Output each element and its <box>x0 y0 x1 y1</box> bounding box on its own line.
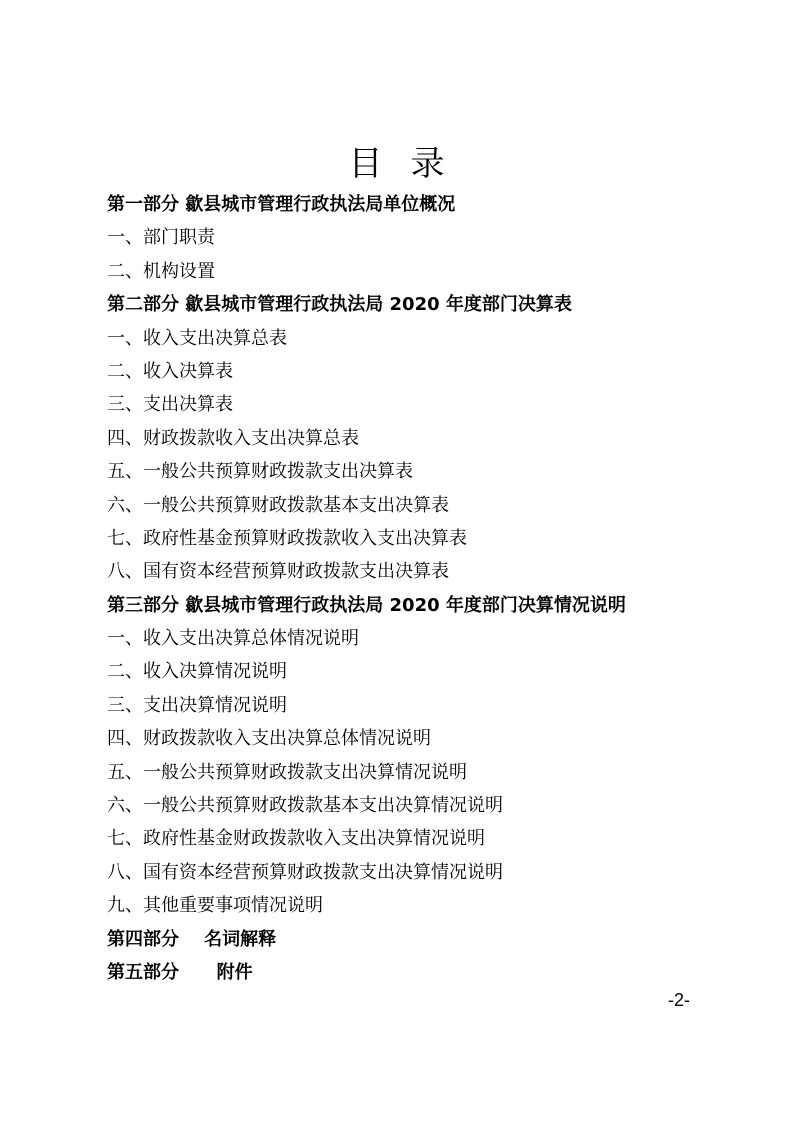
toc-item: 九、其他重要事项情况说明 <box>107 889 727 922</box>
toc-item: 六、一般公共预算财政拨款基本支出决算情况说明 <box>107 789 727 822</box>
toc-item: 一、收入支出决算总表 <box>107 322 727 355</box>
toc-part-2: 第二部分 歙县城市管理行政执法局 2020 年度部门决算表 <box>107 288 727 321</box>
toc-part-4: 第四部分 名词解释 <box>107 923 727 956</box>
toc-item: 四、财政拨款收入支出决算总表 <box>107 422 727 455</box>
toc-part-1: 第一部分 歙县城市管理行政执法局单位概况 <box>107 188 727 221</box>
table-of-contents: 第一部分 歙县城市管理行政执法局单位概况 一、部门职责 二、机构设置 第二部分 … <box>107 188 727 989</box>
toc-item: 一、部门职责 <box>107 221 727 254</box>
toc-item: 二、机构设置 <box>107 255 727 288</box>
toc-item: 二、收入决算情况说明 <box>107 655 727 688</box>
toc-part-5: 第五部分 附件 <box>107 956 727 989</box>
toc-item: 六、一般公共预算财政拨款基本支出决算表 <box>107 489 727 522</box>
toc-item: 八、国有资本经营预算财政拨款支出决算情况说明 <box>107 856 727 889</box>
toc-item: 七、政府性基金预算财政拨款收入支出决算表 <box>107 522 727 555</box>
toc-item: 五、一般公共预算财政拨款支出决算情况说明 <box>107 756 727 789</box>
toc-item: 四、财政拨款收入支出决算总体情况说明 <box>107 722 727 755</box>
toc-item: 三、支出决算表 <box>107 388 727 421</box>
toc-part-3: 第三部分 歙县城市管理行政执法局 2020 年度部门决算情况说明 <box>107 589 727 622</box>
toc-item: 二、收入决算表 <box>107 355 727 388</box>
toc-item: 八、国有资本经营预算财政拨款支出决算表 <box>107 555 727 588</box>
page-number: -2- <box>668 990 690 1011</box>
page-title: 目录 <box>0 142 793 186</box>
toc-item: 一、收入支出决算总体情况说明 <box>107 622 727 655</box>
toc-item: 五、一般公共预算财政拨款支出决算表 <box>107 455 727 488</box>
toc-item: 七、政府性基金财政拨款收入支出决算情况说明 <box>107 822 727 855</box>
toc-item: 三、支出决算情况说明 <box>107 689 727 722</box>
